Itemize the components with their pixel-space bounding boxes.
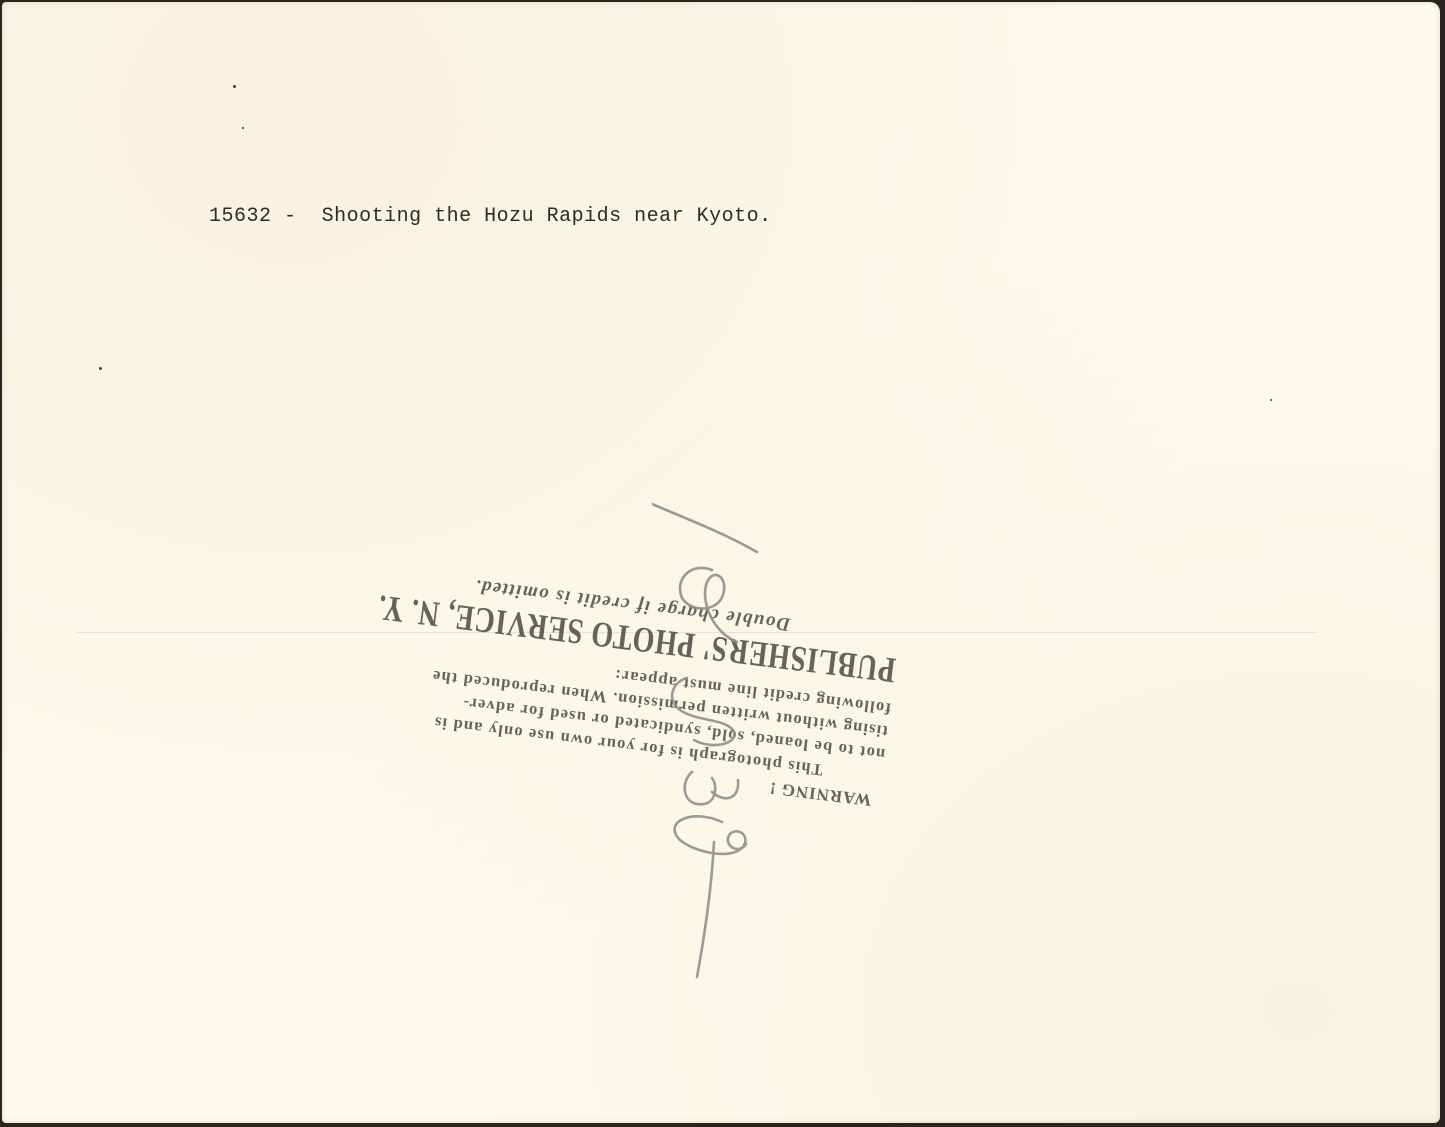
caption-separator: -: [284, 205, 297, 228]
photo-back-card: 15632 - Shooting the Hozu Rapids near Ky…: [2, 2, 1440, 1123]
paper-speck: [242, 127, 244, 129]
typed-caption: 15632 - Shooting the Hozu Rapids near Ky…: [209, 205, 772, 228]
paper-speck: [233, 85, 236, 88]
caption-text: Shooting the Hozu Rapids near Kyoto.: [322, 205, 772, 228]
stamp-content: WARNING ! This photograph is for your ow…: [302, 556, 900, 811]
caption-number: 15632: [209, 205, 272, 228]
handwritten-pencil-number: [652, 482, 772, 982]
paper-speck: [1270, 399, 1272, 401]
paper-speck: [99, 367, 102, 370]
